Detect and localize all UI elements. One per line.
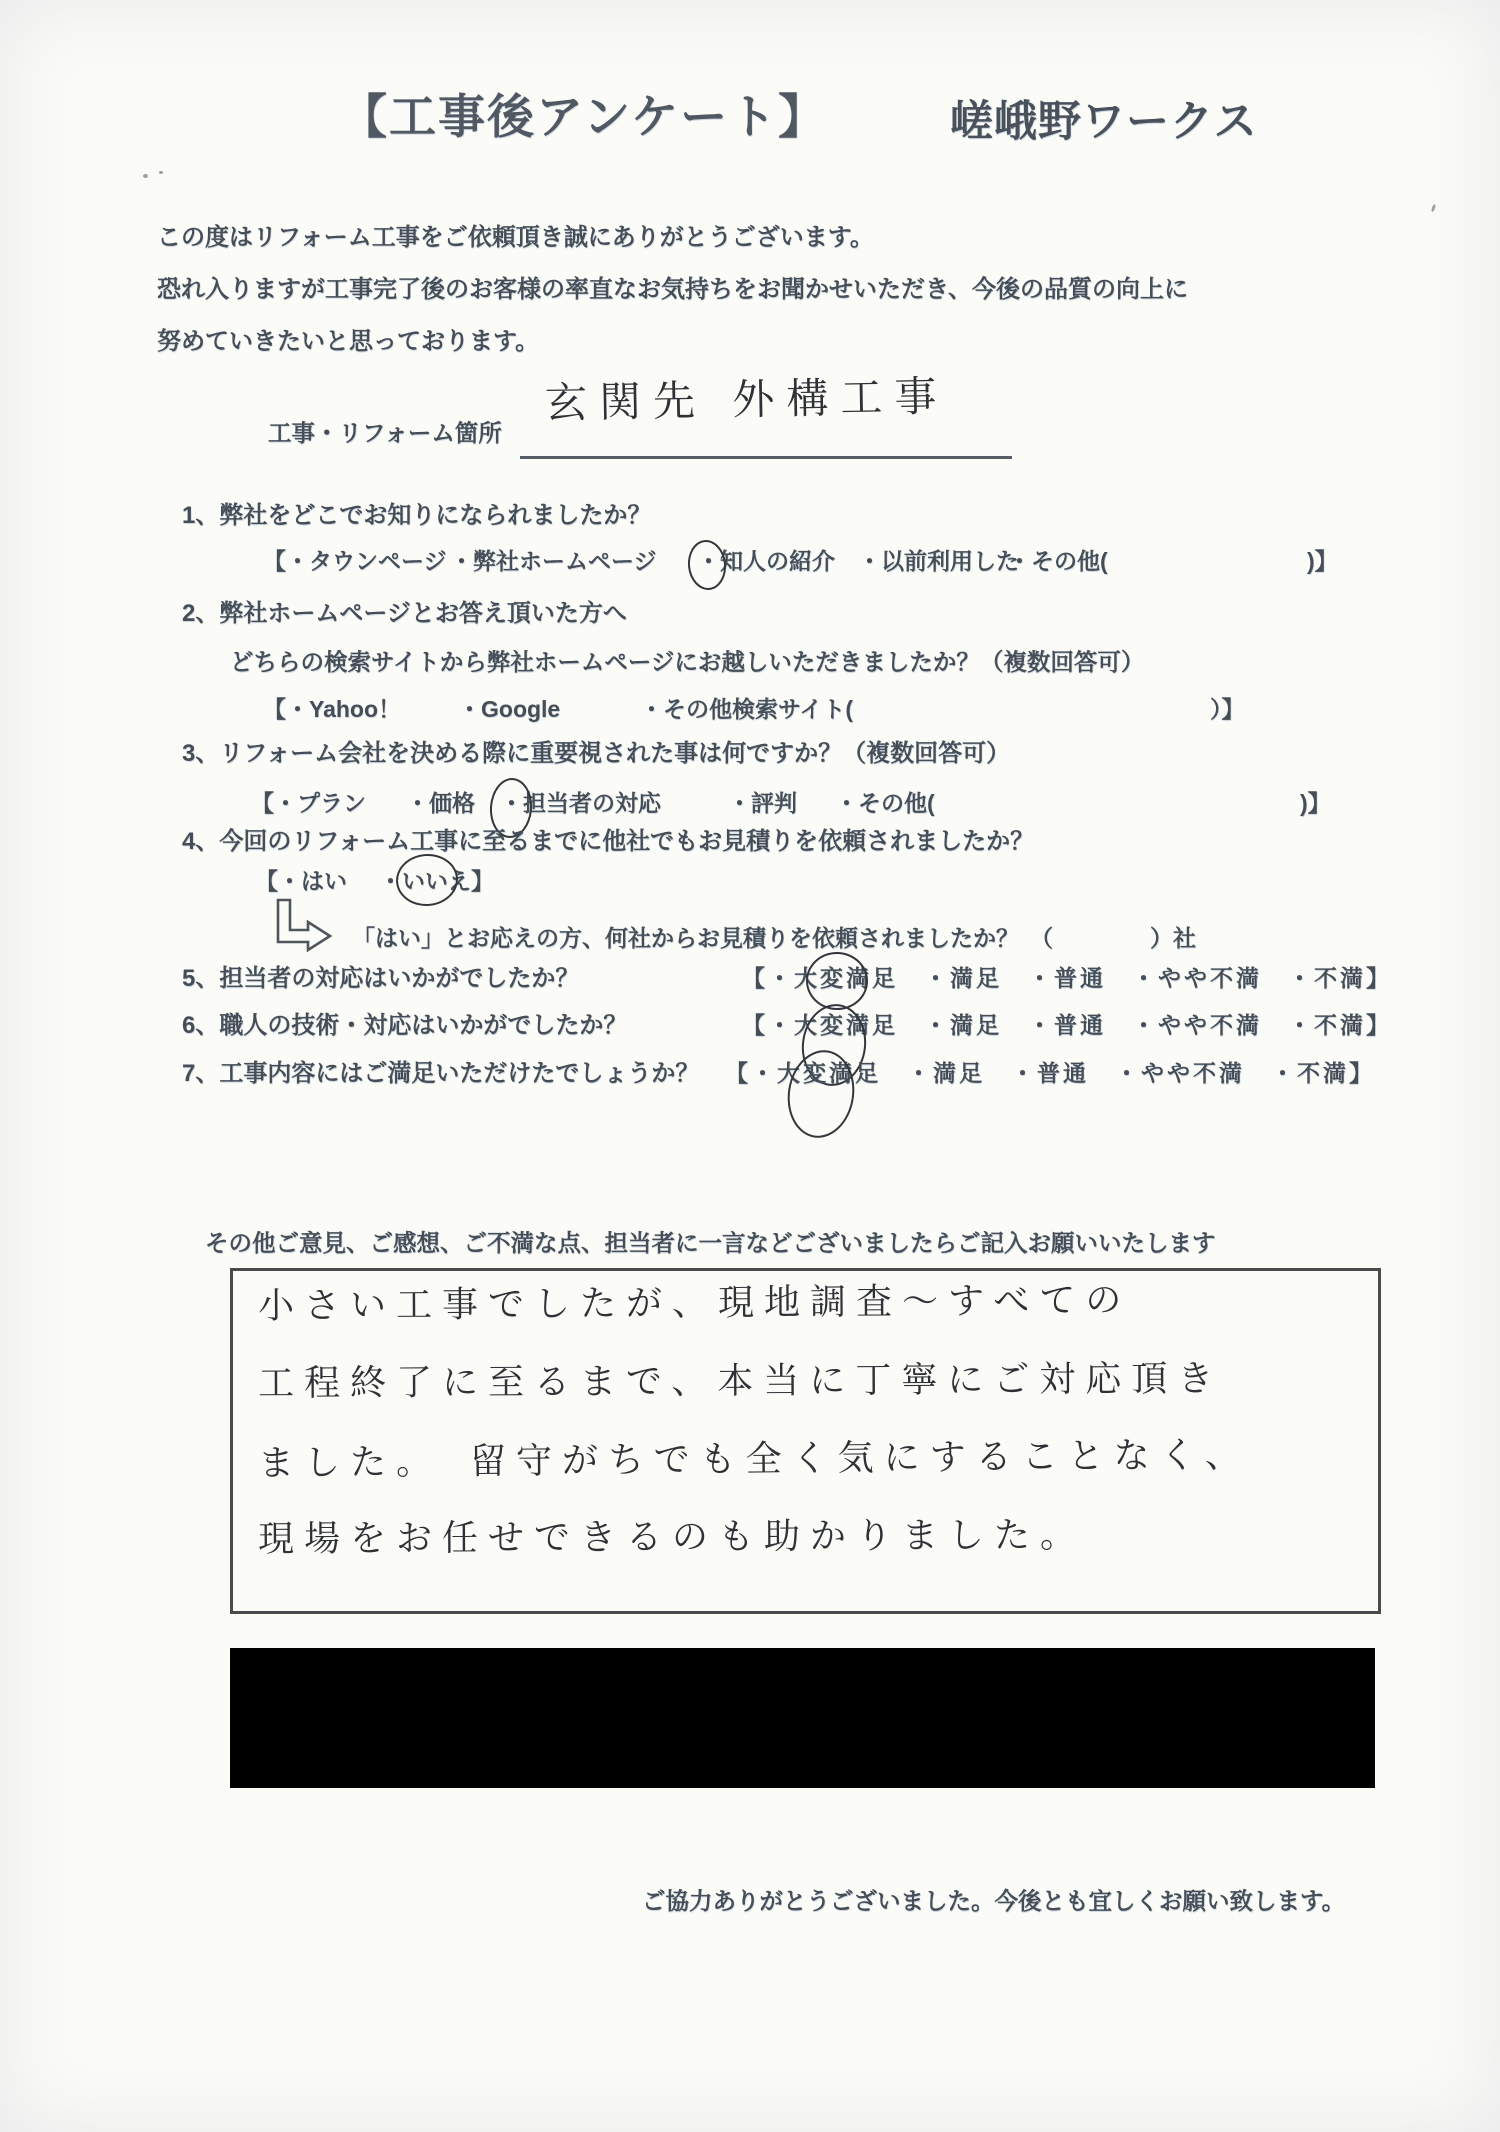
q3-option: ・価格 (406, 790, 475, 816)
comments-label: その他ご意見、ご感想、ご不満な点、担当者に一言などございましたらご記入お願いいた… (205, 1230, 1216, 1257)
q1-option: ・以前利用した (858, 548, 1019, 574)
q1-option: ・その他( (1008, 548, 1108, 574)
q2-option: ・Google (458, 696, 560, 722)
field-label-renovation-location: 工事・リフォーム箇所 (268, 420, 502, 447)
intro-line: 恐れ入りますが工事完了後のお客様の率直なお気持ちをお聞かせいただき、今後の品質の… (157, 276, 1188, 304)
q4-answer-circle (394, 852, 459, 908)
q7-heading: 7、工事内容にはご満足いただけたでしょうか？ (182, 1060, 699, 1088)
scan-artifact (159, 171, 163, 174)
intro-line: この度はリフォーム工事をご依頼頂き誠にありがとうございます。 (157, 224, 874, 252)
q4-followup-paren-open: （ (1030, 925, 1053, 951)
footer-thanks: ご協力ありがとうございました。今後とも宜しくお願い致します。 (642, 1888, 1345, 1915)
q1-answer-circle (685, 538, 728, 592)
q3-heading: 3、リフォーム会社を決める際に重要視された事は何ですか？（複数回答可） (182, 740, 1010, 768)
q1-option: )】 (1307, 548, 1338, 574)
q1-heading: 1、弊社をどこでお知りになられましたか？ (182, 502, 651, 530)
branch-arrow-icon (270, 898, 334, 956)
q2-option: 【・Yahoo！ (263, 696, 401, 722)
handwritten-comment-line: 小さい工事でしたが、現地調査～すべての (258, 1280, 1132, 1327)
q2-subquestion: どちらの検索サイトから弊社ホームページにお越しいただきましたか？（複数回答可） (230, 649, 1144, 676)
q2-option: ）】 (1210, 696, 1245, 722)
q4-option: 【・はい (255, 868, 347, 894)
handwritten-comment-line: 工程終了に至るまで、本当に丁寧にご対応頂き (258, 1358, 1223, 1404)
q1-option: ・弊社ホームページ (450, 548, 657, 574)
scan-artifact (1431, 204, 1437, 213)
handwritten-renovation-location: 玄関先 外構工事 (545, 372, 949, 427)
q3-option: ・その他( (835, 790, 935, 816)
q6-heading: 6、職人の技術・対応はいかがでしたか？ (182, 1012, 627, 1040)
q4-followup-question: 「はい」とお応えの方、何社からお見積りを依頼されましたか？ (352, 925, 1019, 951)
q2-heading: 2、弊社ホームページとお答え頂いた方へ (182, 600, 627, 628)
q3-option: ・評判 (728, 790, 797, 816)
scan-artifact (143, 174, 148, 178)
q4-heading: 4、今回のリフォーム工事に至るまでに他社でもお見積りを依頼されましたか？ (182, 828, 1034, 856)
redacted-block (230, 1648, 1375, 1788)
handwritten-comment-line: 現場をお任せできるのも助かりました。 (258, 1515, 1086, 1561)
q3-option: )】 (1300, 790, 1331, 816)
q3-option: 【・プラン (251, 790, 366, 816)
q4-followup-paren-close: ）社 (1150, 925, 1196, 951)
q2-option: ・その他検索サイト( (640, 696, 853, 722)
handwritten-comment-line: ました。 留守がちでも全く気にすることなく、 (258, 1435, 1251, 1485)
intro-line: 努めていきたいと思っております。 (157, 328, 539, 356)
page-title: 【工事後アンケート】 (340, 90, 827, 144)
survey-page: 【工事後アンケート】 嵯峨野ワークス この度はリフォーム工事をご依頼頂き誠にあり… (0, 0, 1500, 2132)
company-name: 嵯峨野ワークス (950, 98, 1258, 147)
q1-option: 【・タウンページ (263, 548, 447, 574)
field-underline (520, 456, 1012, 459)
q5-heading: 5、担当者の対応はいかがでしたか？ (182, 965, 579, 993)
q5-answer-circle (805, 951, 869, 1011)
